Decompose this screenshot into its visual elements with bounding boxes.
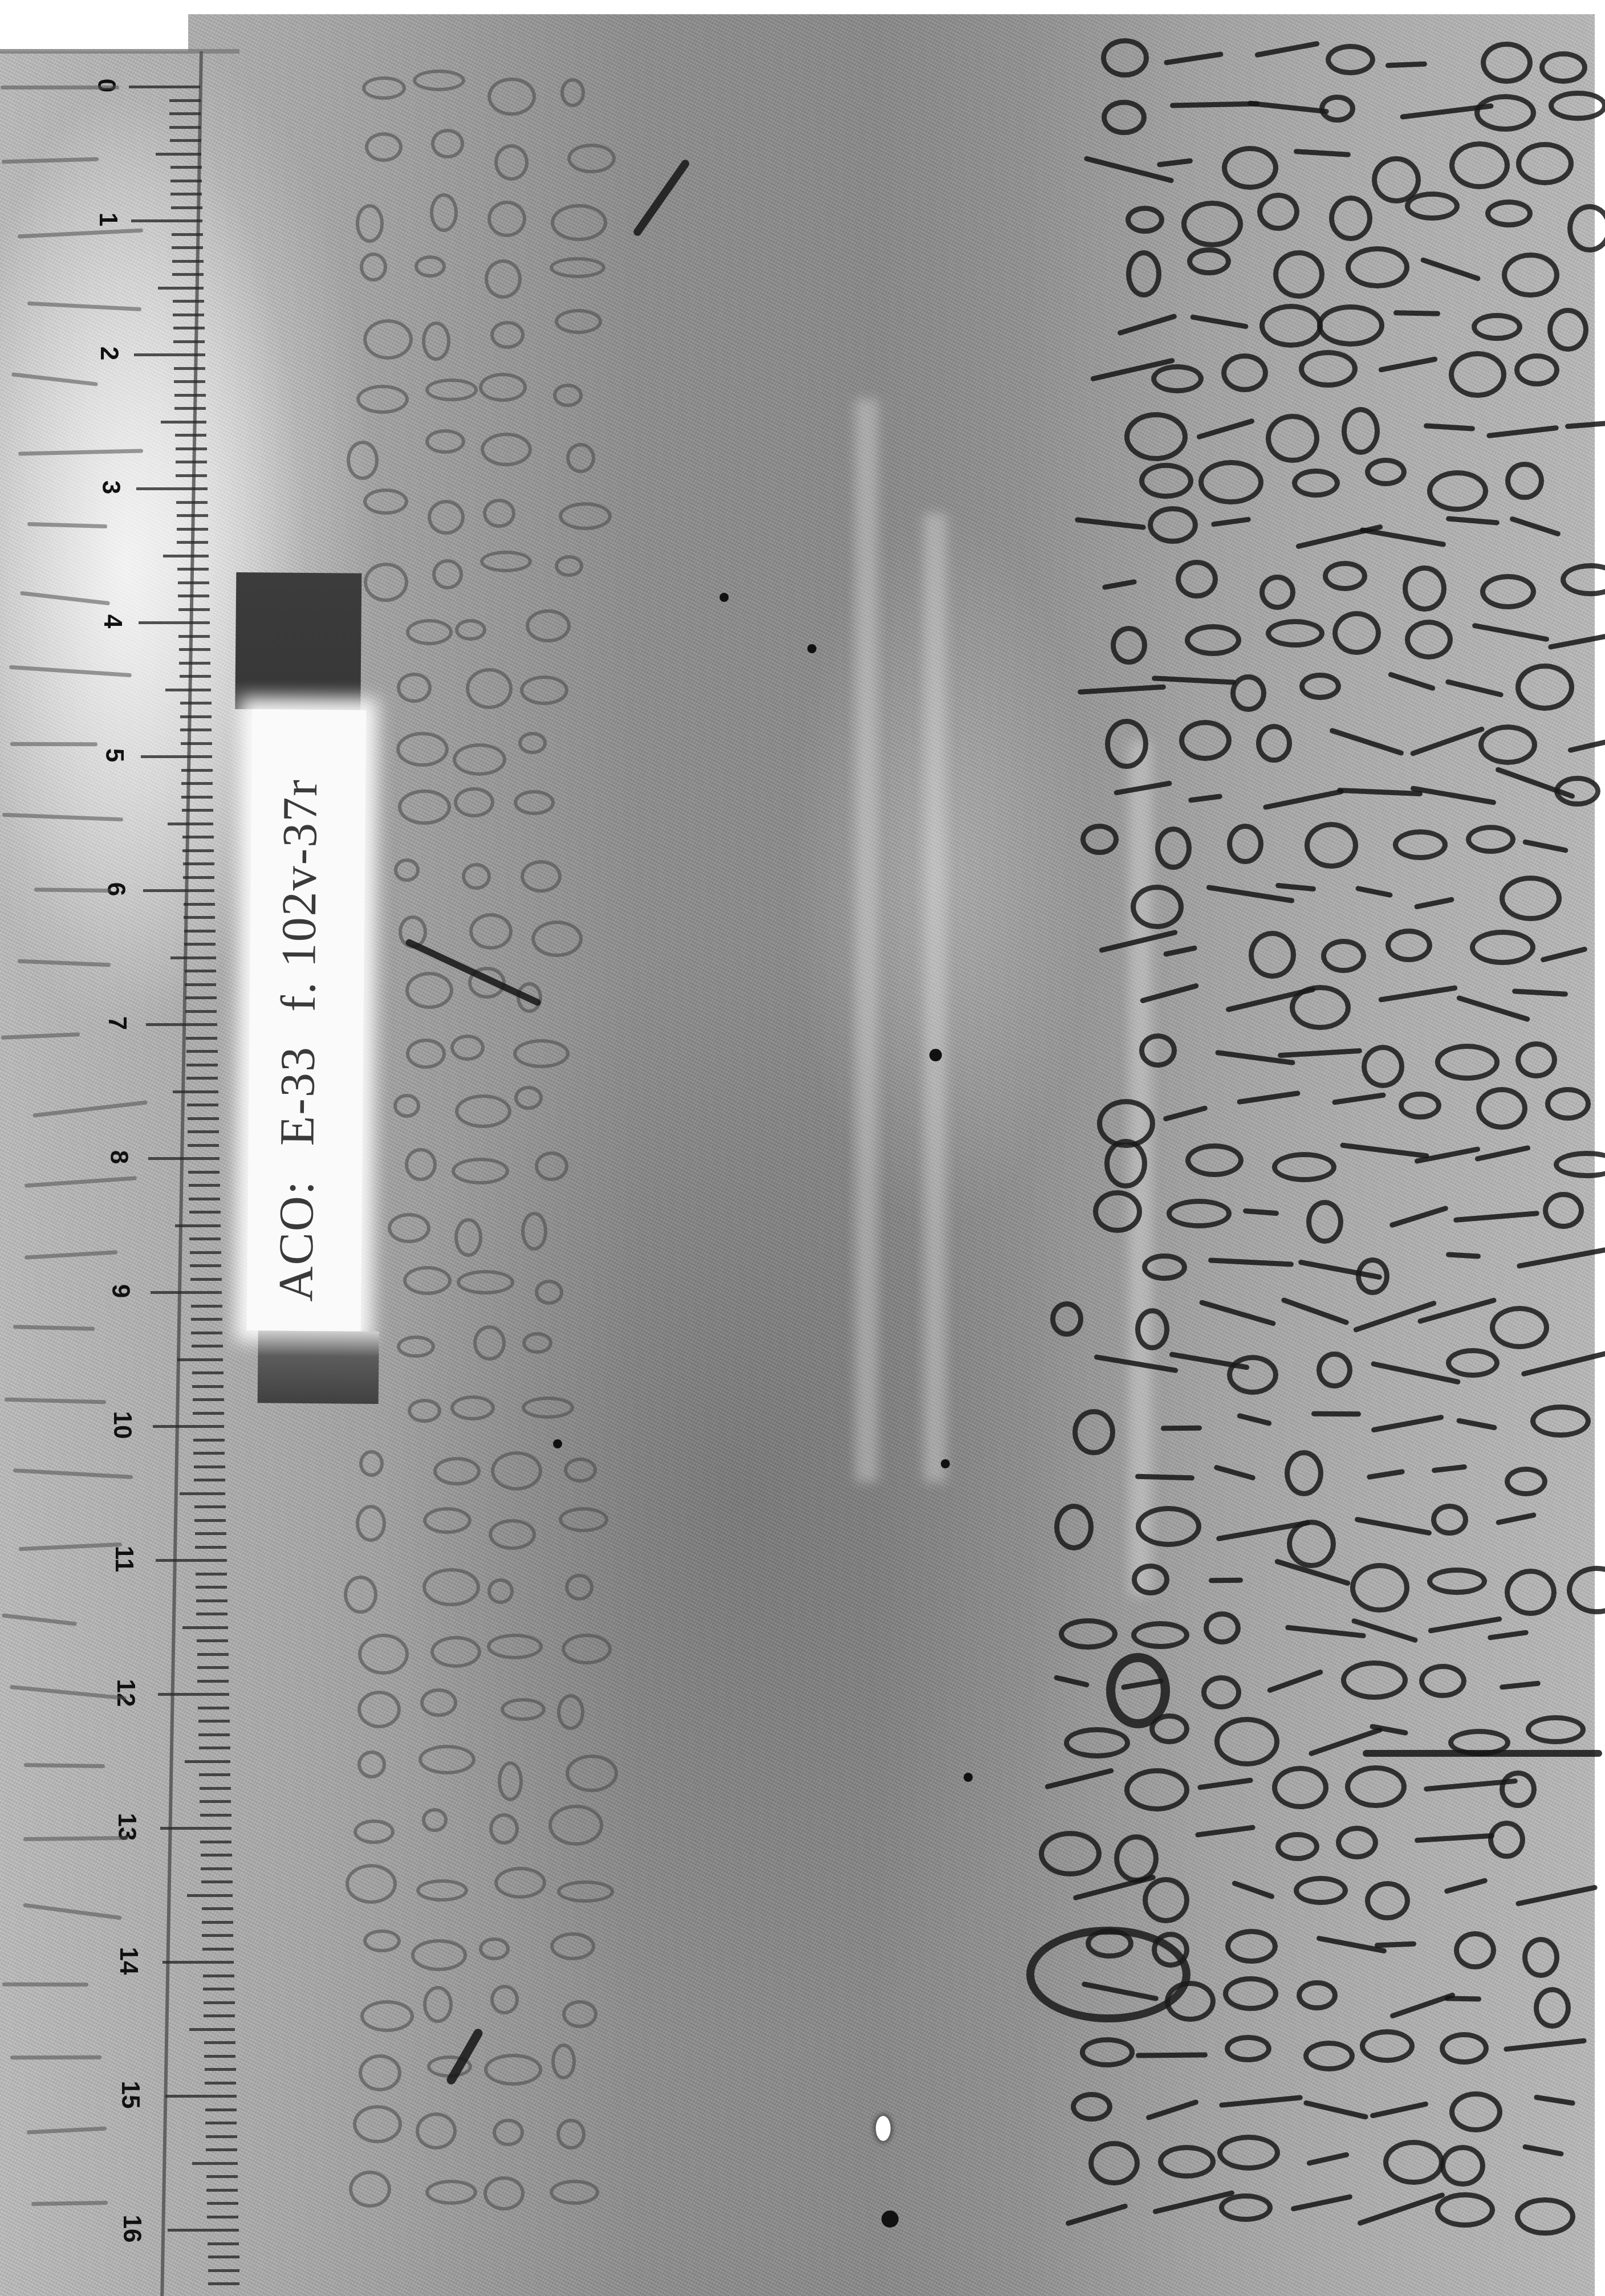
handwriting-stroke [513, 1039, 570, 1068]
ruler-tick [190, 1264, 221, 1267]
ruler-number: 4 [100, 601, 125, 641]
handwriting-stroke [411, 1939, 466, 1971]
handwriting-stroke [360, 253, 387, 282]
handwriting-stroke [1088, 2141, 1140, 2185]
ruler-tick [206, 2148, 237, 2151]
handwriting-stroke [555, 309, 603, 334]
handwriting-stroke [1385, 929, 1432, 962]
handwriting-stroke [1105, 719, 1148, 769]
handwriting-stroke [1393, 829, 1448, 860]
handwriting-stroke [1470, 930, 1535, 965]
ruler-number: 12 [113, 1673, 138, 1713]
ruler-tick [180, 715, 212, 718]
handwriting-stroke [1221, 353, 1268, 392]
handwriting-stroke [433, 1457, 481, 1485]
handwriting-stroke [553, 384, 583, 406]
handwriting-stroke [1, 86, 119, 89]
ruler-tick [207, 2202, 238, 2205]
handwriting-stroke [1446, 1348, 1500, 1378]
ruler-tick [178, 581, 209, 584]
ruler-tick [189, 2028, 235, 2031]
handwriting-stroke [1435, 1044, 1500, 1080]
handwriting-stroke [1054, 1504, 1094, 1550]
ruler-tick [193, 1452, 225, 1455]
handwriting-stroke [393, 1094, 420, 1118]
ruler-edge [160, 51, 203, 2296]
ruler-tick [172, 273, 204, 276]
measuring-ruler: 012345678910111213141516 [0, 51, 245, 2296]
handwriting-stroke [422, 1808, 448, 1832]
handwriting-stroke [455, 1094, 511, 1128]
handwriting-stroke [1449, 2091, 1502, 2132]
ink-spot [964, 1773, 973, 1782]
ruler-tick [186, 1064, 218, 1066]
ruler-tick [178, 608, 210, 611]
handwriting-stroke [1136, 2053, 1208, 2058]
ink-spot [807, 644, 816, 653]
fold-crease [855, 399, 878, 1482]
ruler-tick [194, 1519, 226, 1522]
ruler-tick [146, 1023, 217, 1026]
handwriting-stroke [1454, 1931, 1496, 1970]
handwriting-stroke [423, 1986, 453, 2023]
ruler-tick [170, 166, 202, 169]
ruler-tick [163, 555, 209, 557]
handwriting-stroke [1136, 1506, 1201, 1547]
ruler-tick [194, 1479, 225, 1481]
handwriting-stroke [1505, 1569, 1557, 1617]
handwriting-stroke [1405, 192, 1459, 221]
handwriting-stroke [1155, 827, 1192, 869]
handwriting-stroke [1294, 1876, 1348, 1905]
ruler-tick [192, 1385, 224, 1388]
ruler-tick [193, 1398, 224, 1401]
handwriting-stroke [357, 1691, 401, 1728]
ruler-number: 8 [106, 1137, 131, 1177]
fold-crease [924, 513, 946, 1482]
handwriting-stroke [522, 1397, 574, 1419]
ink-spot [929, 1049, 942, 1061]
ruler-tick [172, 260, 204, 263]
ruler-tick [178, 635, 210, 638]
ruler-tick [175, 434, 206, 437]
handwriting-stroke [359, 2054, 401, 2091]
handwriting-stroke [484, 2054, 542, 2085]
handwriting-stroke [1143, 1877, 1189, 1923]
ruler-tick [186, 1077, 218, 1080]
handwriting-stroke [457, 1270, 514, 1294]
ruler-tick [190, 1251, 221, 1254]
handwriting-stroke [1104, 1139, 1147, 1188]
handwriting-stroke [1297, 1980, 1338, 2010]
handwriting-stroke [423, 1507, 472, 1534]
handwriting-stroke [1064, 1727, 1130, 1758]
ruler-tick [177, 528, 208, 531]
ruler-tick [177, 541, 208, 544]
handwriting-stroke [562, 1634, 612, 1664]
ruler-tick [168, 823, 213, 825]
handwriting-stroke [359, 1450, 384, 1477]
ruler-tick [197, 1680, 229, 1683]
handwriting-stroke [531, 921, 583, 957]
handwriting-stroke [405, 972, 453, 1009]
ruler-tick [206, 2175, 238, 2178]
handwriting-stroke [565, 1574, 594, 1601]
handwriting-stroke [1050, 1301, 1084, 1337]
handwriting-stroke [559, 1507, 608, 1532]
handwriting-stroke [1259, 575, 1295, 610]
ruler-tick [180, 702, 212, 705]
ruler-tick [136, 487, 208, 490]
handwriting-stroke [551, 204, 607, 241]
handwriting-stroke [1317, 304, 1384, 347]
ruler-tick [176, 447, 207, 450]
label-archive: ACO: [268, 1180, 324, 1302]
handwriting-stroke [1345, 1765, 1407, 1808]
handwriting-stroke [1500, 1770, 1537, 1808]
ruler-tick [185, 1010, 217, 1013]
handwriting-stroke [550, 2180, 599, 2205]
handwriting-stroke [1266, 619, 1324, 648]
handwriting-stroke [469, 913, 513, 950]
ruler-tick [173, 314, 204, 316]
ruler-tick [182, 849, 214, 852]
ruler-tick [173, 327, 205, 329]
ruler-tick [196, 1586, 227, 1589]
handwriting-stroke [362, 76, 406, 99]
handwriting-stroke [487, 1634, 543, 1659]
ruler-tick [181, 742, 212, 745]
ruler-tick [174, 380, 205, 383]
ruler-tick [170, 139, 201, 142]
ruler-tick [151, 1291, 222, 1294]
handwriting-stroke [428, 500, 465, 535]
ruler-tick [199, 1747, 230, 1749]
handwriting-stroke [1490, 1306, 1549, 1349]
ruler-tick [191, 1332, 222, 1334]
handwriting-stroke [1132, 1564, 1169, 1595]
label-header-band [235, 572, 361, 710]
ruler-tick [202, 1934, 233, 1937]
ruler-tick [181, 796, 213, 799]
ruler-tick [194, 1465, 225, 1468]
ruler-tick [198, 1707, 229, 1709]
handwriting-stroke [1522, 1937, 1559, 1977]
handwriting-stroke [349, 2171, 391, 2208]
handwriting-stroke [1419, 1664, 1466, 1698]
ruler-tick [204, 2055, 235, 2058]
ruler-tick [202, 1921, 233, 1924]
ruler-tick [129, 86, 200, 88]
handwriting-stroke [452, 1158, 510, 1184]
handwriting-stroke [1336, 1826, 1378, 1859]
handwriting-stroke [1158, 2145, 1216, 2179]
ruler-tick [194, 1505, 226, 1508]
handwriting-stroke [396, 732, 449, 767]
ruler-tick [178, 595, 209, 597]
ruler-tick [206, 2135, 237, 2138]
ruler-tick [180, 728, 212, 731]
handwriting-stroke [1176, 560, 1217, 599]
ruler-tick [173, 340, 205, 343]
handwriting-stroke [483, 2176, 525, 2210]
handwriting-stroke [535, 1151, 568, 1181]
ruler-tick [184, 943, 216, 946]
ruler-tick [173, 300, 204, 303]
handwriting-stroke [1341, 1660, 1408, 1700]
ruler-tick [161, 421, 206, 424]
ruler-tick [205, 2122, 237, 2124]
ruler-number: 16 [119, 2209, 144, 2249]
handwriting-stroke [1080, 824, 1119, 855]
handwriting-stroke [1106, 1653, 1170, 1728]
label-text: ACO:E-33f. 102v-37r [267, 744, 329, 1302]
handwriting-stroke [1125, 206, 1164, 234]
handwriting-stroke [1026, 1927, 1190, 2022]
paper-hole [876, 2116, 891, 2141]
ruler-tick [158, 287, 204, 290]
handwriting-stroke [514, 1086, 543, 1110]
handwriting-stroke [491, 1451, 542, 1491]
handwriting-stroke [397, 1336, 435, 1358]
handwriting-stroke [1198, 460, 1263, 504]
handwriting-stroke [416, 1879, 468, 1902]
ruler-tick [206, 2189, 238, 2192]
handwriting-stroke [1285, 1450, 1323, 1496]
handwriting-stroke [564, 1458, 597, 1483]
handwriting-stroke [1466, 825, 1515, 854]
ruler-tick [174, 394, 206, 397]
ruler-tick [192, 1371, 224, 1374]
handwriting-stroke [1072, 1409, 1115, 1455]
handwriting-stroke [1142, 1253, 1187, 1281]
ruler-tick [201, 1854, 232, 1857]
handwriting-stroke [1481, 42, 1533, 84]
handwriting-stroke [1201, 1675, 1241, 1709]
handwriting-stroke [1187, 247, 1230, 275]
ruler-tick [176, 501, 208, 504]
ruler-tick [184, 930, 216, 933]
handwriting-stroke [422, 321, 450, 361]
handwriting-stroke [1480, 574, 1536, 609]
handwriting-stroke [1126, 250, 1162, 298]
handwriting-stroke [10, 2055, 101, 2060]
ruler-tick [200, 1787, 231, 1790]
handwriting-stroke [562, 2000, 598, 2028]
ruler-number: 2 [96, 333, 121, 373]
handwriting-stroke [1124, 1768, 1189, 1811]
handwriting-stroke [566, 443, 595, 473]
ruler-tick [189, 1211, 221, 1214]
handwriting-stroke [353, 2105, 402, 2143]
handwriting-stroke [473, 1325, 506, 1361]
handwriting-stroke [1257, 193, 1300, 231]
ruler-tick [202, 1907, 233, 1910]
handwriting-stroke [1222, 146, 1278, 190]
ruler-tick [169, 99, 201, 102]
handwriting-stroke [1356, 1257, 1389, 1295]
ruler-tick [193, 1412, 224, 1415]
handwriting-stroke [550, 257, 606, 278]
handwriting-stroke [1287, 1520, 1336, 1569]
ruler-tick [189, 1198, 220, 1200]
ruler-tick [187, 1894, 233, 1897]
handwriting-stroke [1326, 44, 1375, 75]
handwriting-stroke [550, 1932, 595, 1960]
ruler-tick [172, 233, 203, 236]
ruler-tick [200, 1800, 231, 1803]
handwriting-stroke [1488, 1821, 1525, 1859]
handwriting-stroke [1485, 200, 1533, 227]
handwriting-stroke [1363, 1750, 1602, 1757]
handwriting-stroke [2, 1982, 88, 1986]
ruler-tick [201, 1880, 233, 1883]
handwriting-stroke [453, 743, 506, 776]
ruler-tick [170, 956, 216, 959]
handwriting-stroke [430, 193, 457, 232]
handwriting-stroke [394, 858, 420, 882]
ruler-tick [162, 1961, 234, 1964]
ruler-tick [195, 1546, 226, 1549]
handwriting-stroke [1554, 776, 1600, 807]
handwriting-stroke [408, 1399, 441, 1423]
handwriting-stroke [1505, 462, 1543, 500]
ruler-tick [179, 662, 210, 665]
ruler-tick [174, 367, 205, 370]
handwriting-stroke [1323, 561, 1367, 591]
ruler-tick [203, 1988, 234, 1990]
ruler-tick [184, 916, 215, 919]
handwriting-stroke [489, 1519, 537, 1550]
ruler-tick [169, 112, 201, 115]
handwriting-stroke [358, 1634, 409, 1674]
handwriting-stroke [406, 1039, 446, 1069]
ruler-tick [186, 1050, 218, 1053]
ruler-tick [176, 461, 207, 463]
ruler-tick [134, 353, 205, 356]
handwriting-stroke [1230, 674, 1266, 712]
ruler-tick [183, 862, 214, 865]
ruler-tick [177, 514, 208, 517]
handwriting-stroke [1204, 1611, 1241, 1645]
handwriting-stroke [1502, 253, 1559, 298]
handwriting-stroke [566, 1754, 618, 1792]
handwriting-stroke [398, 789, 451, 825]
handwriting-stroke [485, 259, 522, 299]
handwriting-stroke [1500, 876, 1562, 921]
handwriting-stroke [521, 1212, 547, 1251]
ruler-tick [208, 2269, 239, 2272]
ruler-tick [182, 1626, 228, 1629]
ruler-tick [190, 1278, 222, 1281]
ruler-tick [200, 1841, 231, 1843]
handwriting-stroke [406, 619, 453, 645]
handwriting-stroke [1185, 624, 1242, 656]
ruler-tick [184, 903, 215, 906]
ruler-number: 9 [108, 1271, 133, 1311]
handwriting-stroke [1403, 565, 1446, 612]
handwriting-stroke [1101, 38, 1149, 77]
handwriting-stroke [551, 2043, 576, 2079]
handwriting-stroke [1405, 620, 1453, 660]
ruler-tick [176, 474, 207, 477]
handwriting-stroke [1427, 1568, 1488, 1595]
handwriting-stroke [1179, 720, 1232, 761]
handwriting-stroke [356, 204, 384, 242]
ruler-tick [174, 407, 206, 410]
ruler-tick [204, 2001, 235, 2004]
handwriting-stroke [1316, 1351, 1352, 1389]
label-shelfmark: E-33 [270, 1046, 326, 1146]
archive-label: ACO:E-33f. 102v-37r [229, 572, 386, 1404]
handwriting-stroke [1266, 414, 1319, 463]
ruler-number: 3 [98, 467, 123, 507]
handwriting-stroke [1219, 2193, 1273, 2222]
handwriting-stroke [1440, 2145, 1485, 2187]
handwriting-stroke [1217, 2135, 1280, 2171]
ruler-tick [173, 1090, 218, 1093]
handwriting-stroke [1256, 724, 1293, 763]
handwriting-stroke [1292, 469, 1340, 498]
handwriting-stroke [388, 1213, 430, 1243]
ruler-tick [198, 1720, 230, 1723]
ruler-tick [196, 1599, 227, 1602]
ruler-number: 14 [116, 1941, 141, 1981]
ruler-tick [171, 206, 202, 209]
handwriting-stroke [1227, 824, 1263, 865]
ruler-tick [189, 1237, 221, 1240]
handwriting-stroke [556, 2119, 585, 2150]
handwriting-stroke [356, 385, 409, 414]
ruler-tick [207, 2216, 238, 2218]
ruler-tick [198, 1733, 230, 1736]
handwriting-stroke [403, 1266, 452, 1295]
handwriting-stroke [1393, 310, 1440, 316]
handwriting-stroke [365, 132, 403, 162]
handwriting-stroke [1299, 350, 1357, 388]
handwriting-stroke [1440, 2032, 1489, 2065]
handwriting-stroke [520, 675, 568, 705]
ruler-tick [203, 1975, 234, 1977]
handwriting-stroke [1093, 1190, 1143, 1232]
handwriting-stroke [1131, 1621, 1189, 1649]
handwriting-stroke [1151, 364, 1204, 393]
handwriting-stroke [1209, 1578, 1243, 1583]
handwriting-stroke [454, 787, 494, 817]
ink-spot [553, 1439, 562, 1448]
handwriting-stroke [1514, 353, 1559, 386]
handwriting-stroke [1427, 470, 1488, 512]
handwriting-stroke [522, 1332, 552, 1354]
ruler-tick [201, 1867, 232, 1870]
ruler-tick [175, 1224, 221, 1227]
handwriting-stroke [1181, 201, 1243, 247]
ruler-tick [185, 983, 216, 986]
ruler-tick [179, 648, 210, 651]
handwriting-stroke [432, 559, 463, 589]
ruler-tick [196, 1573, 227, 1576]
ruler-tick [197, 1639, 228, 1642]
handwriting-stroke [1350, 1563, 1409, 1613]
ruler-tick [165, 689, 211, 691]
handwriting-stroke [1139, 1033, 1177, 1068]
handwriting-stroke [422, 1568, 480, 1606]
handwriting-stroke [347, 441, 379, 479]
ruler-tick [199, 1773, 230, 1776]
ruler-tick [186, 1037, 217, 1040]
ruler-tick [208, 2242, 239, 2245]
handwriting-stroke [555, 555, 583, 576]
